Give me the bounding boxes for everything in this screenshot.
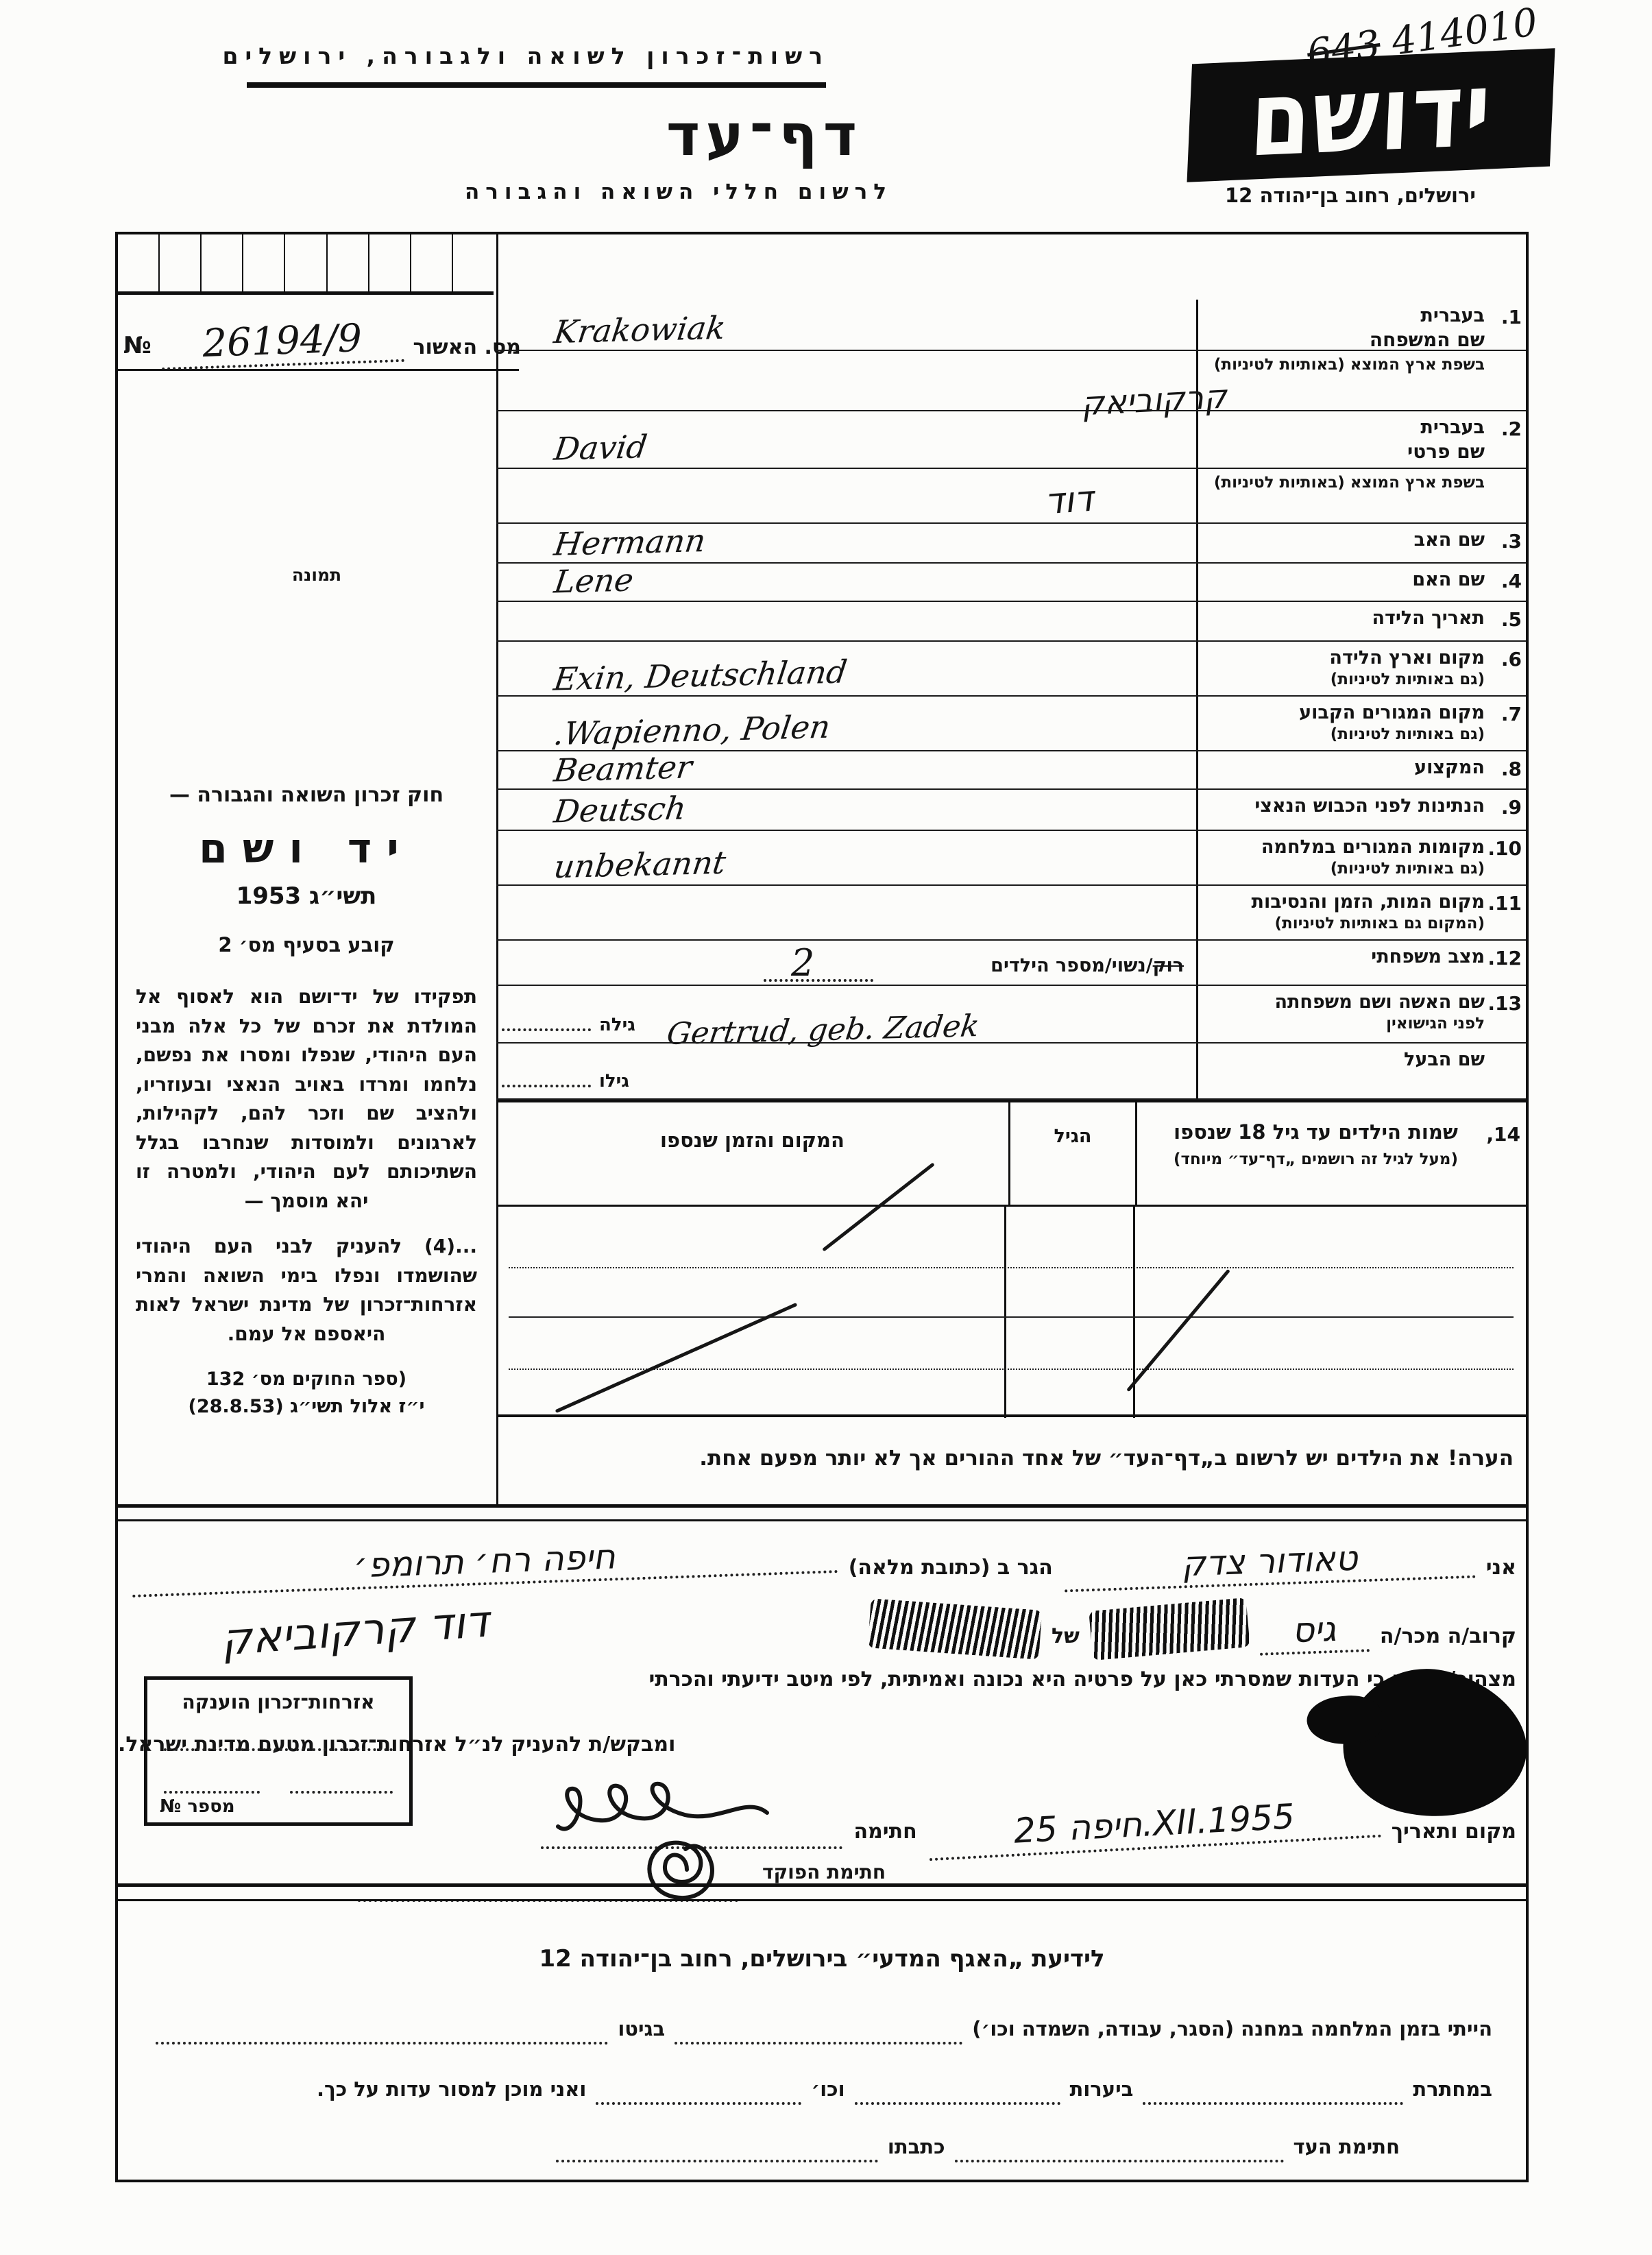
husband-age-underline [502,1085,591,1087]
marital-option-struck: רוק [1153,955,1184,976]
code-box [160,234,202,291]
citizenship-box-line [164,1748,393,1751]
field-row-place-of-death: 11.מקום המות, הזמן והנסיבות(המקום גם באו… [496,886,1526,941]
deceased-name-handwritten: דוד קרקוביאק [219,1596,491,1665]
law-heading: חוק זכרון השואה והגבורה — [136,783,477,807]
field-number: 6. [1501,647,1522,672]
approval-number-row: מס. האשור 26194/9 № [123,303,521,366]
law-reference-2: י״ז אלול תשי״ג (28.8.53) [136,1393,477,1421]
field-number: 9. [1501,795,1522,820]
children-place-header: המקום והזמן שנספו [496,1102,1008,1205]
crossed-out-scribble [868,1598,1042,1659]
field-number: 2. [1501,417,1522,442]
field-label: תאריך הלידה [1200,606,1485,630]
witness-address-label: כתבתו [888,2135,945,2162]
field-label: הנתינות לפני הכבוש הנאצי [1200,794,1485,818]
field-label: מקום המות, הזמן והנסיבות [1200,890,1485,914]
field-label: בשפת ארץ המוצא (באותיות לטיניות) [1200,355,1485,376]
law-year: תשי״ג 1953 [136,882,477,910]
field-label: בעברית [1200,304,1485,328]
blank-line [955,2128,1284,2162]
field-number: 5. [1501,607,1522,632]
field-label: (גם באותיות לטיניות) [1200,859,1485,880]
law-clause: קובע בסעיף מס׳ 2 [136,933,477,956]
code-box [453,234,494,291]
field-label: מקום המגורים הקבוע [1200,701,1485,725]
code-box [285,234,327,291]
field-value-handwritten: Wapienno, Polen. [552,708,833,752]
marital-options-printed: רוק/נשוי/מספר הילדים [991,955,1184,976]
field-value-handwritten: Krakowiak [552,309,728,350]
field-row-first-name: 2.בעבריתשם פרטי David [496,411,1526,469]
law-title: יד ושם [136,825,477,873]
clerk-signature-icon [639,1829,735,1911]
of-label: של [1052,1624,1080,1654]
witness-sig-label: חתימת העד [1293,2135,1400,2162]
field-row-birth-date: 5.תאריך הלידה [496,602,1526,642]
children-table-divider [1004,1207,1006,1418]
children-table-row-line [509,1267,1514,1268]
handwritten-slash-mark [1126,1269,1230,1392]
field-label: לפני הגישואין [1200,1014,1485,1035]
blank-line [596,2071,801,2105]
blank-line [156,2010,608,2045]
camp-ghetto-line: הייתי בזמן המלחמה במחנה (הסגר, עבודה, הש… [156,2003,1492,2045]
field-label: מקום וארץ הלידה [1200,646,1485,670]
page-of-testimony-scan: 643 414010 רשות־זכרון לשואה ולגבורה, ירו… [0,0,1652,2255]
wife-age-underline [502,1028,591,1031]
field-number-14: 14, [1486,1123,1520,1146]
field-number: 3. [1501,529,1522,554]
field-value-handwritten: unbekannt [552,844,728,885]
citizenship-box-line [164,1791,260,1794]
numero-symbol: № [123,332,151,366]
citizenship-box-title: אזרחות־זכרון הוענקה [147,1691,409,1713]
form-title: דף־עד [370,101,1158,169]
crossed-out-scribble [1089,1597,1250,1661]
citizenship-box-line [290,1791,393,1794]
field-value-handwritten: דוד [1043,479,1095,523]
children-age-header: הגיל [1008,1102,1135,1205]
code-box [369,234,411,291]
relation-handwritten: גיס [1259,1608,1370,1656]
code-box [243,234,285,291]
field-row-father-name: 3.שם האב Hermann [496,524,1526,564]
i-label: אני [1486,1556,1516,1585]
scan-speckles [0,0,3,3]
section-separator [118,1883,1526,1887]
field-number: 11. [1487,891,1522,916]
field-row-citizenship: 9.הנתינות לפני הכבוש הנאצי Deutsch [496,790,1526,831]
signature-label: חתימה [853,1820,916,1849]
field-number: 10. [1487,836,1522,861]
field-label: שם פרטי [1200,439,1485,464]
field-value-handwritten: Lene [552,562,635,601]
declarant-name-handwritten: טאודור צדק [1063,1534,1476,1593]
children-count-handwritten: 2 [791,941,814,985]
section-separator [118,1899,1526,1901]
approval-underline [118,369,519,371]
place-date-handwritten: חיפה 25.XII.1955 [927,1792,1381,1861]
code-box [328,234,369,291]
field-label: שם האב [1200,528,1485,552]
field-row-profession: 8.המקצוע Beamter [496,751,1526,790]
underground-forests-line: במחתרת ביערות וכו׳ ואני מוכן למסור עדות … [156,2064,1492,2105]
law-paragraph-1: תפקידו של יד־ושם הוא לאסוף אל המולדת את … [136,982,477,1216]
authority-underline [247,82,826,88]
underground-label: במחתרת [1413,2077,1492,2105]
code-box [202,234,243,291]
field-number: 8. [1501,757,1522,782]
place-date-label: מקום ותאריך [1392,1820,1516,1849]
field-label: בעברית [1200,415,1485,439]
citizenship-granted-box: אזרחות־זכרון הוענקה מספר № [144,1676,413,1826]
place-date-signature-line: מקום ותאריך חיפה 25.XII.1955 חתימה [344,1774,1516,1849]
resides-label: הגר ב (כתובת מלאה) [849,1556,1053,1585]
blank-line [855,2071,1060,2105]
children-names-header: 14, שמות הילדים עד גיל 18 שנספו (מעל לגי… [1135,1102,1526,1205]
blank-line [556,2128,878,2162]
field-label: מצב משפחתי [1200,945,1485,969]
clerk-signature-label: חתימת הפוקד [762,1861,886,1883]
field-number: 1. [1501,305,1522,330]
field-rows: 1.בעבריתשם המשפחה Krakowiak בשפת ארץ המו… [496,300,1526,1100]
field-value-handwritten: David [552,428,649,468]
relationship-line: קרוב/ה מכר/ה גיס של [440,1589,1516,1654]
children-table-row-line [509,1368,1514,1370]
double-separator [118,1504,1526,1508]
field-row-family-name: 1.בעבריתשם המשפחה Krakowiak [496,300,1526,351]
field-number: 12. [1487,946,1522,971]
law-paragraph-2: ...(4) להעניק לבני העם היהודי שהושמדו ונ… [136,1232,477,1349]
children-count-underline [764,979,873,982]
code-box [118,234,160,291]
code-box [411,234,453,291]
wife-age-label: גילה [599,1015,635,1035]
field-row-wartime-residence: 10.מקומות המגורים במלחמה(גם באותיות לטינ… [496,831,1526,886]
authority-line: רשות־זכרון לשואה ולגבורה, ירושלים [240,43,829,69]
field-label: בשפת ארץ המוצא (באותיות לטיניות) [1200,473,1485,494]
note-row: הערה! את הילדים יש לרשום ב„דף־העד״ של אח… [496,1417,1526,1504]
double-separator [118,1519,1526,1521]
etc-label: וכו׳ [811,2077,845,2105]
children-table-row-line [509,1316,1514,1318]
photo-placeholder-label: תמונה [276,565,358,585]
field-row-marital-status: 12.מצב משפחתי רוק/נשוי/מספר הילדים 2 [496,941,1526,986]
field-value-handwritten: Hermann [552,522,708,563]
blank-line [675,2010,962,2045]
field-row-wife-name: 13.שם האשה ושם משפחתהלפני הגישואין גילה … [496,986,1526,1044]
law-reference-1: (ספר החוקים מס׳ 132 [136,1366,477,1394]
approval-number-handwritten: 26194/9 [160,315,404,370]
form-subtitle: לרשום חללי השואה והגבורה [459,180,898,204]
field-label: (המקום גם באותיות לטיניות) [1200,914,1485,934]
logo-address: ירושלים, רחוב בן־יהודה 12 [1138,184,1563,207]
children-table-header: 14, שמות הילדים עד גיל 18 שנספו (מעל לגי… [496,1102,1526,1207]
forests-label: ביערות [1070,2077,1134,2105]
husband-age-label: גילו [599,1071,629,1092]
citizenship-box-number-label: מספר № [160,1796,235,1817]
handwritten-slash-mark [555,1303,798,1413]
declarant-identity-line: אני טאודור צדק הגר ב (כתובת מלאה) חיפה ר… [132,1530,1516,1585]
field-label: (גם באותיות לטיניות) [1200,725,1485,745]
children-table: 14, שמות הילדים עד גיל 18 שנספו (מעל לגי… [496,1100,1526,1417]
blank-line [1143,2071,1403,2105]
code-box-strip [118,234,494,295]
note-text: את הילדים יש לרשום ב„דף־העד״ של אחד ההור… [699,1446,1440,1471]
field-row-birth-place: 6.מקום וארץ הלידה(גם באותיות לטיניות) Ex… [496,642,1526,697]
field-row-first-name-native: בשפת ארץ המוצא (באותיות לטיניות) דוד [496,469,1526,524]
form-outline: מס. האשור 26194/9 № 1.בעבריתשם המשפחה Kr… [115,232,1529,2182]
field-number: 7. [1501,702,1522,727]
field-row-family-name-native: בשפת ארץ המוצא (באותיות לטיניות) קרקוביא… [496,351,1526,411]
field-label: שם האשה ושם משפחתה [1200,990,1485,1014]
field-label: שם האם [1200,568,1485,592]
camp-label: הייתי בזמן המלחמה במחנה (הסגר, עבודה, הש… [972,2017,1492,2045]
field-label: מקומות המגורים במלחמה [1200,835,1485,859]
declarant-address-handwritten: חיפה רח׳ תרומפ׳ [131,1529,838,1597]
field-value-handwritten: Deutsch [552,790,688,830]
field-label: (גם באותיות לטיניות) [1200,670,1485,690]
witness-signature-line: חתימת העד כתבתו [269,2121,1400,2162]
law-block: חוק זכרון השואה והגבורה — יד ושם תשי״ג 1… [136,783,477,1421]
field-value-handwritten: Exin, Deutschland [552,653,849,697]
field-label: שם הבעל [1200,1048,1485,1072]
scientific-branch-heading: לידיעת „האגף המדעי״ בירושלים, רחוב בן־יה… [118,1945,1526,1973]
marital-options-rest: /נשוי/מספר הילדים [991,955,1152,976]
field-label: המקצוע [1200,756,1485,780]
field-number: 13. [1487,991,1522,1016]
ghetto-label: בגיטו [618,2017,665,2045]
field-value-handwritten: Beamter [552,748,694,788]
relative-label: קרוב/ה מכר/ה [1380,1624,1516,1654]
ready-to-testify-label: ואני מוכן למסור עדות על כך. [317,2077,586,2105]
field-row-mother-name: 4.שם האם Lene [496,564,1526,602]
field-label: שם המשפחה [1200,328,1485,352]
yad-vashem-logo-text: ידושם [1248,58,1494,173]
note-label: הערה! [1448,1446,1514,1471]
field-row-permanent-residence: 7.מקום המגורים הקבוע(גם באותיות לטיניות)… [496,697,1526,751]
field-number: 4. [1501,569,1522,594]
yad-vashem-logo: ידושם [1187,48,1555,182]
field-row-husband-name: שם הבעל גילו [496,1044,1526,1100]
